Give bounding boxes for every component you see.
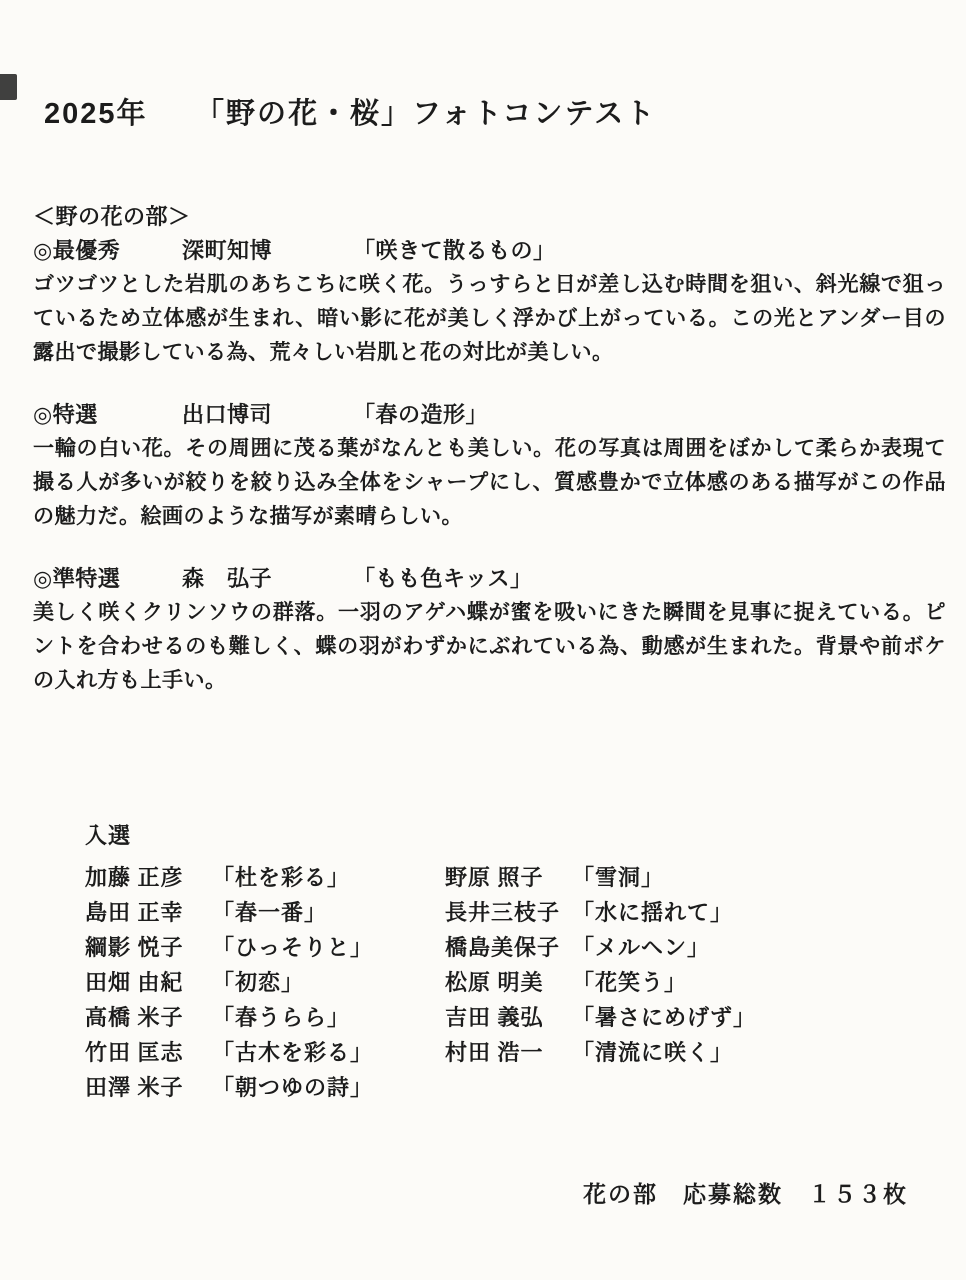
entry-row: 田澤 米子「朝つゆの詩」 — [85, 1070, 445, 1105]
entry-work-title: 「ひっそりと」 — [212, 935, 373, 960]
total-entries-footer: 花の部 応募総数 １５３枚 — [583, 1178, 908, 1212]
entry-work-title: 「水に揺れて」 — [572, 900, 733, 925]
scanned-document-page: 2025年 「野の花・桜」フォトコンテスト ＜野の花の部＞ ◎最優秀深町知博「咲… — [0, 0, 966, 1280]
award-work-title: 「咲きて散るもの」 — [353, 238, 556, 263]
entry-row: 高橋 米子「春うらら」 — [85, 1000, 445, 1035]
entries-column-right: 野原 照子「雪洞」 長井三枝子「水に揺れて」 橋島美保子「メルヘン」 松原 明美… — [445, 860, 945, 1105]
entry-name: 田澤 米子 — [85, 1070, 212, 1105]
entry-work-title: 「清流に咲く」 — [572, 1040, 733, 1065]
award-label: ◎最優秀 — [33, 234, 182, 268]
award-head: ◎準特選森 弘子「もも色キッス」 — [33, 562, 946, 596]
entry-work-title: 「暑さにめげず」 — [572, 1005, 756, 1030]
award-label: ◎特選 — [33, 398, 182, 432]
entries-column-left: 加藤 正彦「杜を彩る」 島田 正幸「春一番」 綱影 悦子「ひっそりと」 田畑 由… — [85, 860, 445, 1105]
award-work-title: 「春の造形」 — [353, 402, 488, 427]
entry-row: 橋島美保子「メルヘン」 — [445, 930, 945, 965]
entry-row: 長井三枝子「水に揺れて」 — [445, 895, 945, 930]
entry-row: 野原 照子「雪洞」 — [445, 860, 945, 895]
entry-row: 吉田 義弘「暑さにめげず」 — [445, 1000, 945, 1035]
section-header: ＜野の花の部＞ — [33, 200, 946, 234]
scan-artifact — [0, 74, 17, 100]
award-winner-name: 森 弘子 — [182, 562, 353, 596]
entry-work-title: 「雪洞」 — [572, 865, 664, 890]
award-semi-special-prize: ◎準特選森 弘子「もも色キッス」 美しく咲くクリンソウの群落。一羽のアゲハ蝶が蜜… — [33, 562, 946, 698]
entry-name: 村田 浩一 — [445, 1035, 572, 1070]
entry-name: 高橋 米子 — [85, 1000, 212, 1035]
award-work-title: 「もも色キッス」 — [353, 566, 533, 591]
entry-row: 加藤 正彦「杜を彩る」 — [85, 860, 445, 895]
entry-work-title: 「古木を彩る」 — [212, 1040, 373, 1065]
entry-row: 島田 正幸「春一番」 — [85, 895, 445, 930]
entry-row: 綱影 悦子「ひっそりと」 — [85, 930, 445, 965]
selected-entries-section: 入選 加藤 正彦「杜を彩る」 島田 正幸「春一番」 綱影 悦子「ひっそりと」 田… — [85, 818, 945, 1105]
award-winner-name: 深町知博 — [182, 234, 353, 268]
entry-work-title: 「初恋」 — [212, 970, 304, 995]
entry-row: 竹田 匡志「古木を彩る」 — [85, 1035, 445, 1070]
entry-row: 村田 浩一「清流に咲く」 — [445, 1035, 945, 1070]
entry-row: 田畑 由紀「初恋」 — [85, 965, 445, 1000]
award-comment: 一輪の白い花。その周囲に茂る葉がなんとも美しい。花の写真は周囲をぼかして柔らか表… — [33, 432, 946, 534]
award-grand-prize: ◎最優秀深町知博「咲きて散るもの」 ゴツゴツとした岩肌のあちこちに咲く花。うっす… — [33, 234, 946, 370]
entry-work-title: 「花笑う」 — [572, 970, 687, 995]
entry-name: 加藤 正彦 — [85, 860, 212, 895]
entry-name: 野原 照子 — [445, 860, 572, 895]
award-comment: ゴツゴツとした岩肌のあちこちに咲く花。うっすらと日が差し込む時間を狙い、斜光線で… — [33, 268, 946, 370]
entry-name: 田畑 由紀 — [85, 965, 212, 1000]
award-special-prize: ◎特選出口博司「春の造形」 一輪の白い花。その周囲に茂る葉がなんとも美しい。花の… — [33, 398, 946, 534]
selected-entries-columns: 加藤 正彦「杜を彩る」 島田 正幸「春一番」 綱影 悦子「ひっそりと」 田畑 由… — [85, 860, 945, 1105]
award-winner-name: 出口博司 — [182, 398, 353, 432]
entry-name: 竹田 匡志 — [85, 1035, 212, 1070]
entry-work-title: 「朝つゆの詩」 — [212, 1075, 373, 1100]
entry-name: 橋島美保子 — [445, 930, 572, 965]
results-body: ＜野の花の部＞ ◎最優秀深町知博「咲きて散るもの」 ゴツゴツとした岩肌のあちこち… — [33, 200, 946, 698]
entry-work-title: 「杜を彩る」 — [212, 865, 350, 890]
entry-work-title: 「メルヘン」 — [572, 935, 710, 960]
entry-work-title: 「春うらら」 — [212, 1005, 350, 1030]
entry-name: 吉田 義弘 — [445, 1000, 572, 1035]
entry-name: 長井三枝子 — [445, 895, 572, 930]
award-head: ◎特選出口博司「春の造形」 — [33, 398, 946, 432]
entry-work-title: 「春一番」 — [212, 900, 327, 925]
entry-name: 島田 正幸 — [85, 895, 212, 930]
page-title: 2025年 「野の花・桜」フォトコンテスト — [44, 91, 656, 132]
entry-row: 松原 明美「花笑う」 — [445, 965, 945, 1000]
entry-name: 綱影 悦子 — [85, 930, 212, 965]
award-head: ◎最優秀深町知博「咲きて散るもの」 — [33, 234, 946, 268]
award-label: ◎準特選 — [33, 562, 182, 596]
award-comment: 美しく咲くクリンソウの群落。一羽のアゲハ蝶が蜜を吸いにきた瞬間を見事に捉えている… — [33, 596, 946, 698]
entry-name: 松原 明美 — [445, 965, 572, 1000]
selected-entries-header: 入選 — [85, 818, 945, 854]
